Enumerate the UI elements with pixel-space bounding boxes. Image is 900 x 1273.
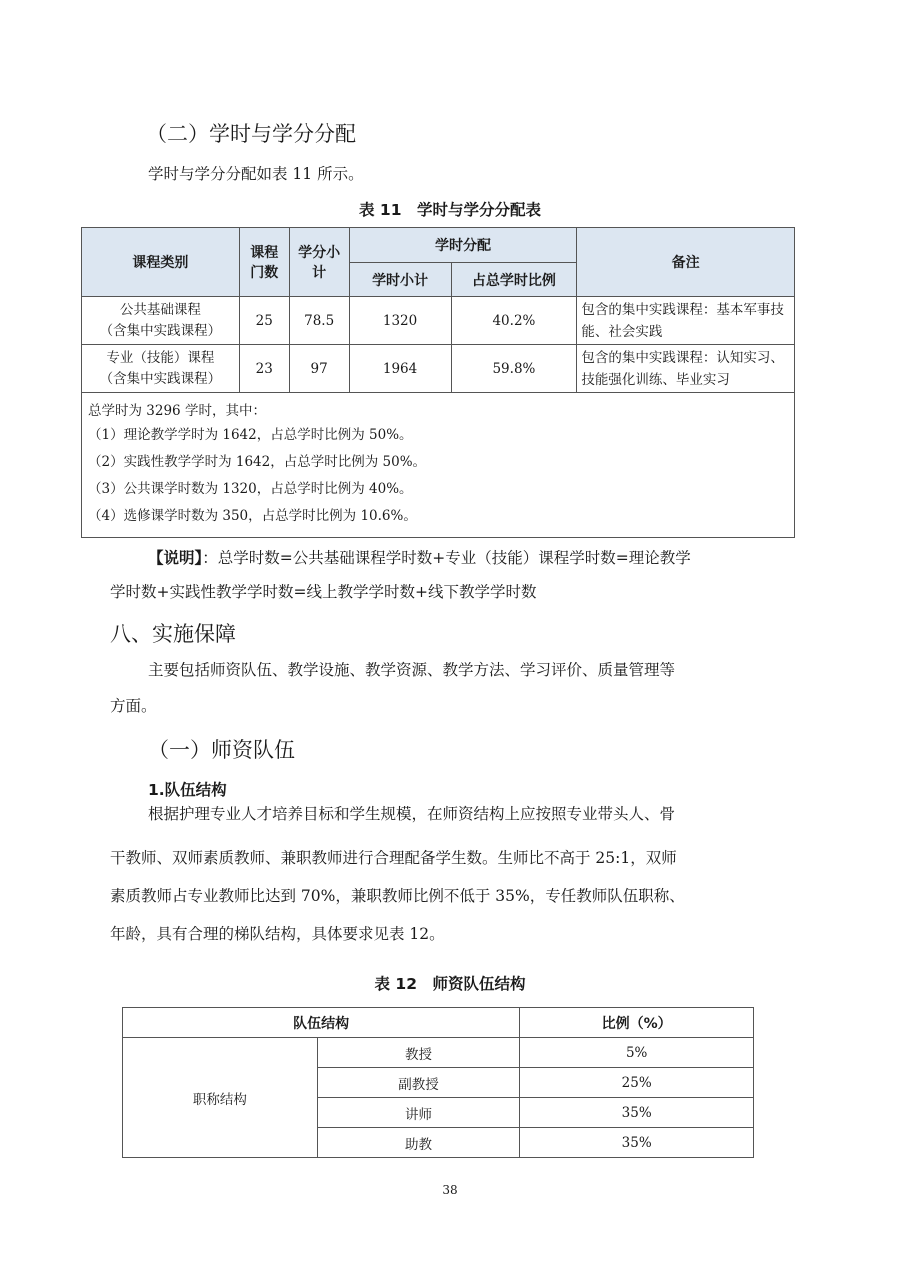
summary-item: （1）理论教学学时为 1642，占总学时比例为 50%。 — [88, 422, 788, 449]
cell-note: 包含的集中实践课程：基本军事技能、社会实践 — [577, 297, 795, 345]
cell-ratio: 35% — [520, 1128, 754, 1158]
cell-count: 23 — [239, 345, 289, 393]
summary-cell: 总学时为 3296 学时，其中： （1）理论教学学时为 1642，占总学时比例为… — [82, 393, 795, 538]
faculty-structure-table: 队伍结构 比例（%） 职称结构 教授 5% 副教授 25% 讲师 35% 助教 … — [122, 1007, 754, 1158]
header-hours-group: 学时分配 — [349, 228, 577, 263]
header-structure: 队伍结构 — [123, 1008, 520, 1038]
header-category: 课程类别 — [82, 228, 240, 297]
table-row: 职称结构 教授 5% — [123, 1038, 754, 1068]
cell-ratio: 5% — [520, 1038, 754, 1068]
cell-ratio: 25% — [520, 1068, 754, 1098]
cell-count: 25 — [239, 297, 289, 345]
faculty-para-line: 年龄，具有合理的梯队结构，具体要求见表 12。 — [110, 918, 445, 950]
cell-category: 专业（技能）课程（含集中实践课程） — [82, 345, 240, 393]
cell-hours: 1964 — [349, 345, 451, 393]
cell-group: 职称结构 — [123, 1038, 318, 1158]
cell-title: 教授 — [317, 1038, 520, 1068]
cell-ratio: 59.8% — [451, 345, 577, 393]
cell-ratio: 40.2% — [451, 297, 577, 345]
section-heading-hours-credits: （二）学时与学分分配 — [146, 118, 356, 148]
cell-note: 包含的集中实践课程：认知实习、技能强化训练、毕业实习 — [577, 345, 795, 393]
table11-caption: 表 11 学时与学分分配表 — [0, 198, 900, 220]
intro-paragraph: 学时与学分分配如表 11 所示。 — [148, 158, 364, 190]
header-hours-ratio: 占总学时比例 — [451, 263, 577, 297]
header-ratio: 比例（%） — [520, 1008, 754, 1038]
cell-category: 公共基础课程（含集中实践课程） — [82, 297, 240, 345]
table-row: 公共基础课程（含集中实践课程） 25 78.5 1320 40.2% 包含的集中… — [82, 297, 795, 345]
table12-caption: 表 12 师资队伍结构 — [0, 972, 900, 994]
explanation-line-2: 学时数+实践性教学学时数=线上教学学时数+线下教学学时数 — [110, 576, 536, 608]
cell-ratio: 35% — [520, 1098, 754, 1128]
chapter-intro-line-1: 主要包括师资队伍、教学设施、教学资源、教学方法、学习评价、质量管理等 — [148, 654, 675, 686]
faculty-para-line: 素质教师占专业教师比达到 70%，兼职教师比例不低于 35%，专任教师队伍职称、 — [110, 880, 685, 912]
summary-total: 总学时为 3296 学时，其中： — [88, 400, 788, 422]
summary-item: （4）选修课学时数为 350，占总学时比例为 10.6%。 — [88, 503, 788, 530]
explanation-label: 【说明】 — [148, 549, 202, 567]
faculty-para-line: 根据护理专业人才培养目标和学生规模，在师资结构上应按照专业带头人、骨 — [148, 798, 675, 830]
cell-title: 讲师 — [317, 1098, 520, 1128]
header-credits: 学分小计 — [289, 228, 349, 297]
chapter-heading: 八、实施保障 — [110, 618, 236, 648]
cell-title: 副教授 — [317, 1068, 520, 1098]
cell-credits: 97 — [289, 345, 349, 393]
summary-row: 总学时为 3296 学时，其中： （1）理论教学学时为 1642，占总学时比例为… — [82, 393, 795, 538]
table-row: 专业（技能）课程（含集中实践课程） 23 97 1964 59.8% 包含的集中… — [82, 345, 795, 393]
sub-heading-team-structure: 1.队伍结构 — [148, 778, 227, 800]
hours-credits-table: 课程类别 课程门数 学分小计 学时分配 备注 学时小计 占总学时比例 公共基础课… — [81, 227, 795, 538]
summary-item: （3）公共课学时数为 1320，占总学时比例为 40%。 — [88, 476, 788, 503]
faculty-para-line: 干教师、双师素质教师、兼职教师进行合理配备学生数。生师比不高于 25:1，双师 — [110, 842, 677, 874]
page-number: 38 — [0, 1183, 900, 1197]
header-hours-subtotal: 学时小计 — [349, 263, 451, 297]
header-note: 备注 — [577, 228, 795, 297]
explanation-line-1: 【说明】：总学时数=公共基础课程学时数+专业（技能）课程学时数=理论教学 — [148, 542, 691, 574]
chapter-intro-line-2: 方面。 — [110, 690, 157, 722]
summary-item: （2）实践性教学学时为 1642，占总学时比例为 50%。 — [88, 449, 788, 476]
header-course-count: 课程门数 — [239, 228, 289, 297]
cell-credits: 78.5 — [289, 297, 349, 345]
cell-title: 助教 — [317, 1128, 520, 1158]
section-heading-faculty: （一）师资队伍 — [148, 734, 295, 764]
cell-hours: 1320 — [349, 297, 451, 345]
